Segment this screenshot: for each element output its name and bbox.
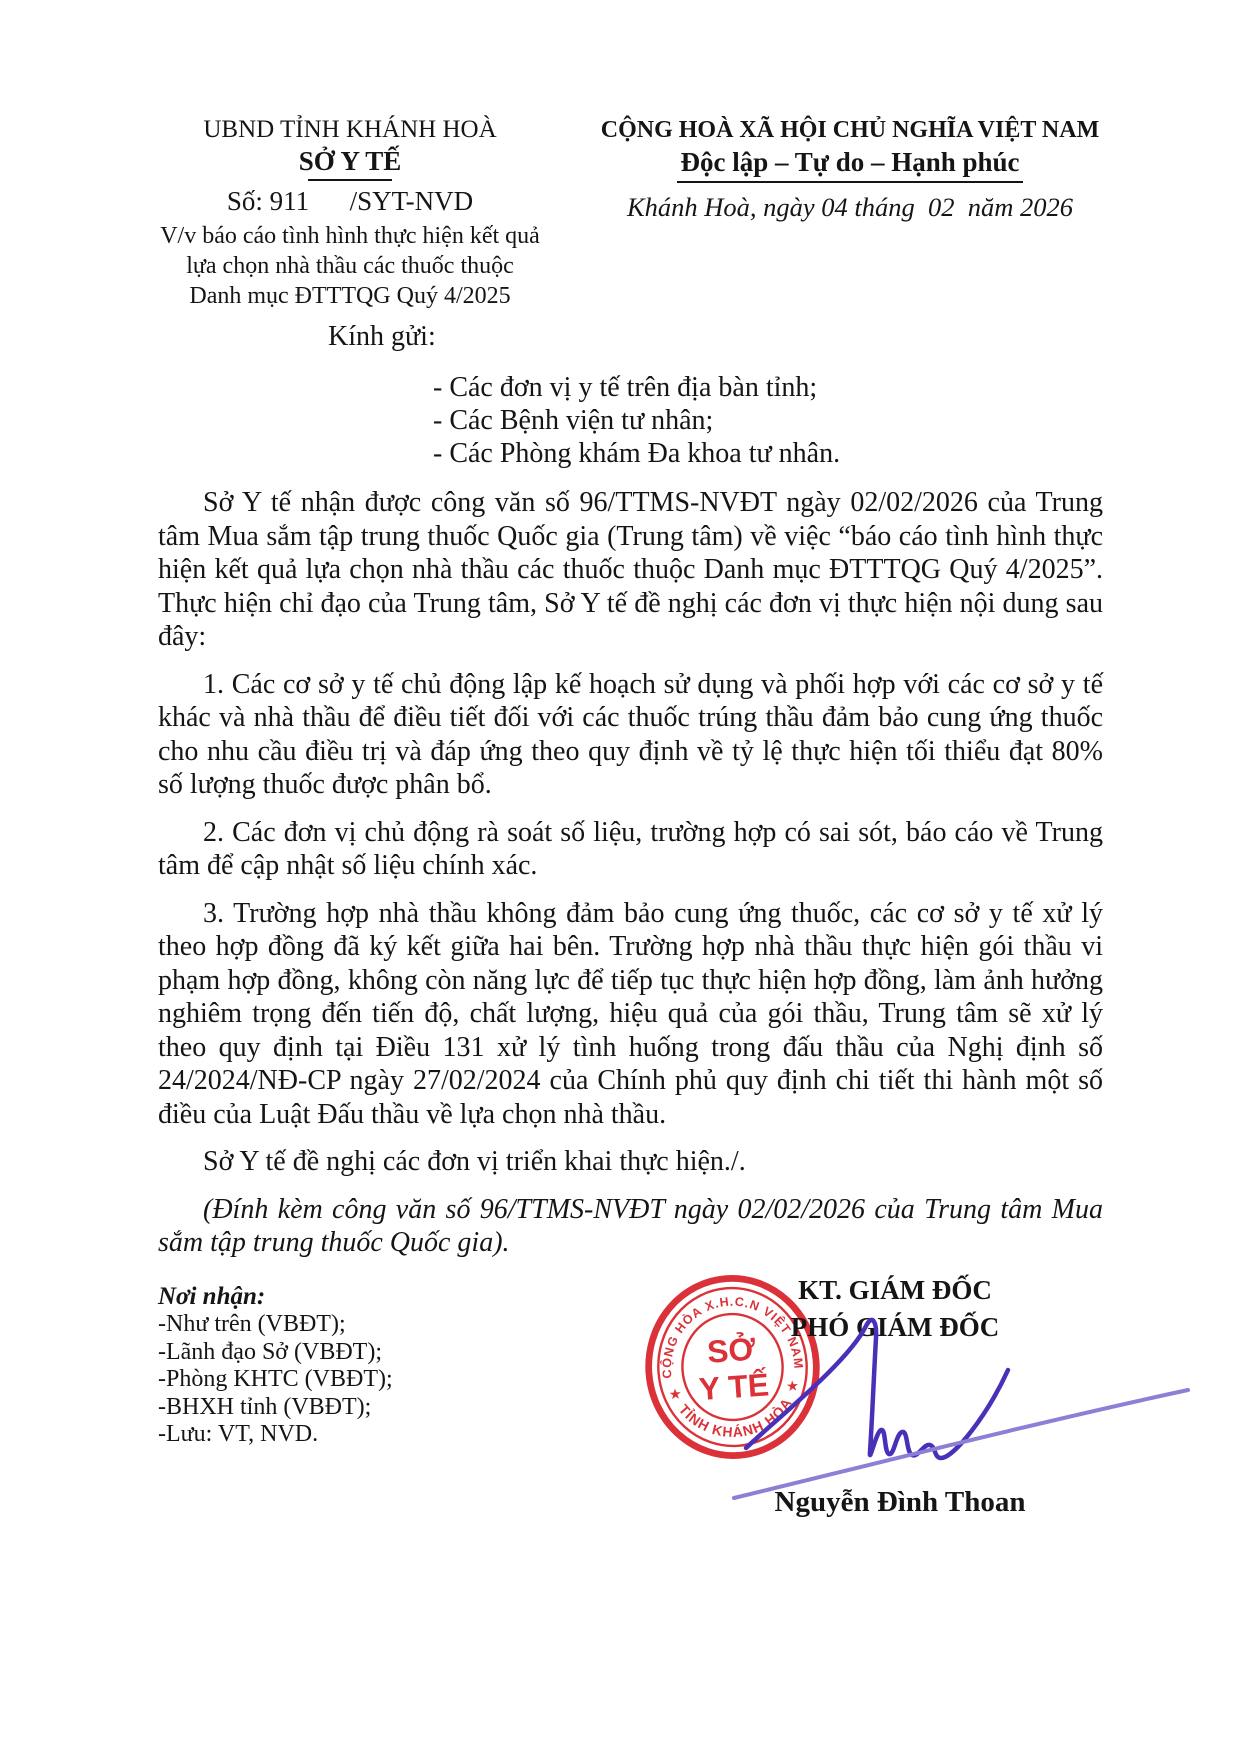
issuing-agency-block: UBND TỈNH KHÁNH HOÀ SỞ Y TẾ Số: 911 /SYT… <box>140 115 560 311</box>
seal-left-star-icon: ★ <box>668 1387 682 1404</box>
document-body: Sở Y tế nhận được công văn số 96/TTMS-NV… <box>158 486 1103 1274</box>
body-paragraph-2: 1. Các cơ sở y tế chủ động lập kế hoạch … <box>158 668 1103 802</box>
recipient-item: - Các Bệnh viện tư nhân; <box>433 404 840 437</box>
document-subject: V/v báo cáo tình hình thực hiện kết quả … <box>140 221 560 311</box>
document-number: Số: 911 /SYT-NVD <box>140 185 560 217</box>
distribution-item: -Lãnh đạo Sở (VBĐT); <box>158 1339 393 1367</box>
national-motto: Độc lập – Tự do – Hạnh phúc <box>580 147 1120 183</box>
agency-name: SỞ Y TẾ <box>140 145 560 177</box>
recipient-list: - Các đơn vị y tế trên địa bàn tỉnh; - C… <box>433 371 840 470</box>
recipient-item: - Các đơn vị y tế trên địa bàn tỉnh; <box>433 371 840 404</box>
subject-line-1: V/v báo cáo tình hình thực hiện kết quả <box>140 221 560 251</box>
body-paragraph-5: Sở Y tế đề nghị các đơn vị triển khai th… <box>158 1145 1103 1179</box>
body-paragraph-4: 3. Trường hợp nhà thầu không đảm bảo cun… <box>158 897 1103 1132</box>
body-paragraph-3: 2. Các đơn vị chủ động rà soát số liệu, … <box>158 816 1103 883</box>
handwritten-signature <box>700 1312 1200 1512</box>
agency-underline <box>308 179 392 181</box>
distribution-list: -Như trên (VBĐT); -Lãnh đạo Sở (VBĐT); -… <box>158 1311 393 1449</box>
parent-agency: UBND TỈNH KHÁNH HOÀ <box>140 115 560 145</box>
distribution-label: Nơi nhận: <box>158 1282 265 1312</box>
national-header-block: CỘNG HOÀ XÃ HỘI CHỦ NGHĨA VIỆT NAM Độc l… <box>580 115 1120 223</box>
salutation-label: Kính gửi: <box>328 320 436 354</box>
document-page: UBND TỈNH KHÁNH HOÀ SỞ Y TẾ Số: 911 /SYT… <box>0 0 1241 1755</box>
subject-line-2: lựa chọn nhà thầu các thuốc thuộc <box>140 251 560 281</box>
distribution-item: -Phòng KHTC (VBĐT); <box>158 1366 393 1394</box>
recipient-item: - Các Phòng khám Đa khoa tư nhân. <box>433 437 840 470</box>
attachment-note: (Đính kèm công văn số 96/TTMS-NVĐT ngày … <box>158 1193 1103 1260</box>
distribution-item: -Lưu: VT, NVD. <box>158 1421 393 1449</box>
place-and-date: Khánh Hoà, ngày 04 tháng 02 năm 2026 <box>580 191 1120 223</box>
body-paragraph-1: Sở Y tế nhận được công văn số 96/TTMS-NV… <box>158 486 1103 654</box>
distribution-item: -Như trên (VBĐT); <box>158 1311 393 1339</box>
national-title: CỘNG HOÀ XÃ HỘI CHỦ NGHĨA VIỆT NAM <box>580 115 1120 145</box>
distribution-item: -BHXH tỉnh (VBĐT); <box>158 1394 393 1422</box>
signer-title-line1: KT. GIÁM ĐỐC <box>750 1272 1040 1309</box>
subject-line-3: Danh mục ĐTTTQG Quý 4/2025 <box>140 281 560 311</box>
